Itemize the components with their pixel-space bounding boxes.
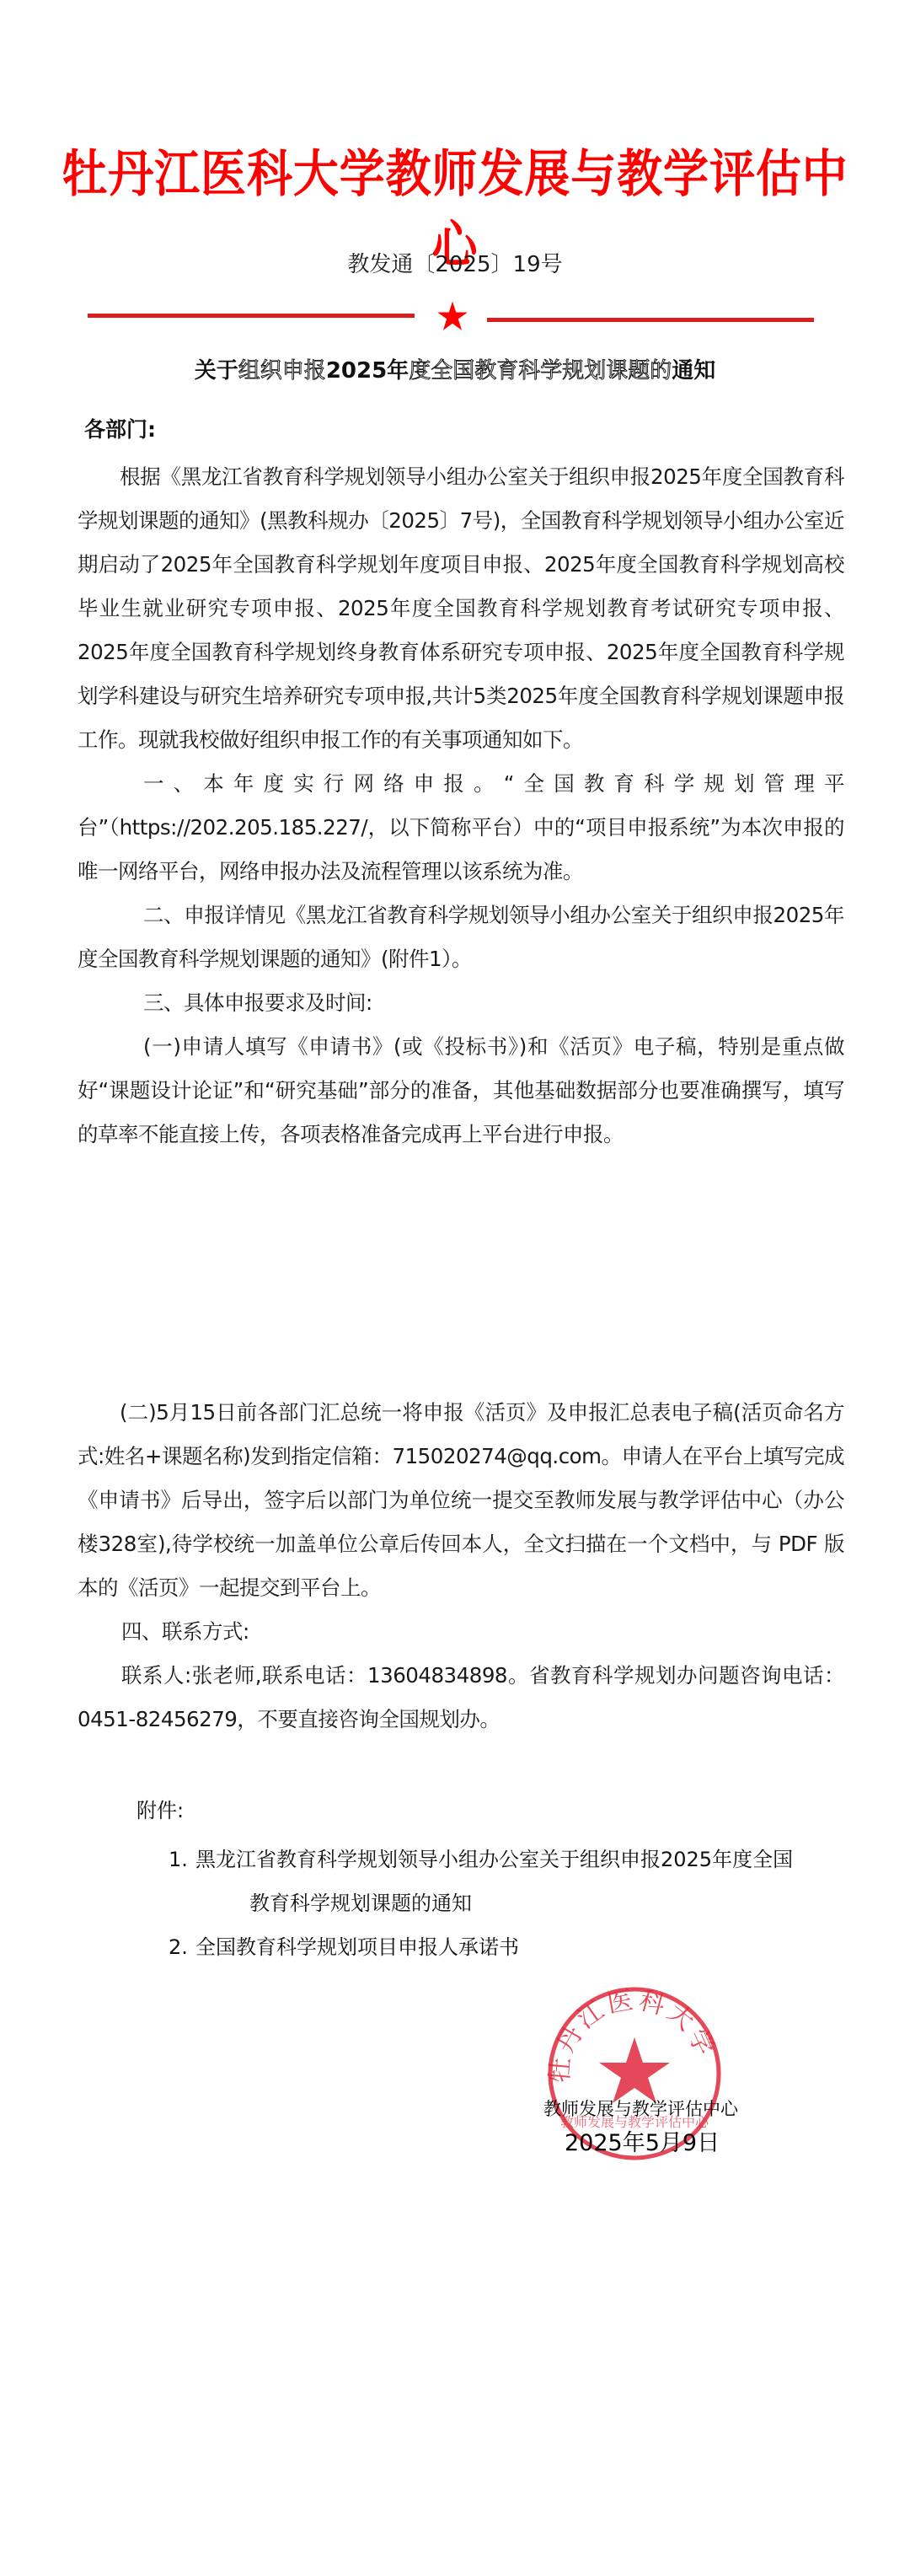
paragraph-section-4-heading: 四、联系方式: — [78, 1610, 844, 1654]
attachments-label: 附件: — [136, 1794, 184, 1827]
attachment-title-line-2: 教育科学规划课题的通知 — [195, 1881, 843, 1925]
attachments-list: 1. 黑龙江省教育科学规划领导小组办公室关于组织申报2025年度全国 教育科学规… — [169, 1838, 843, 1969]
attachment-title-line-1: 全国教育科学规划项目申报人承诺书 — [195, 1925, 843, 1969]
notice-title-year: 2025年 — [326, 358, 409, 384]
paragraph-section-2: 二、申报详情见《黑龙江省教育科学规划领导小组办公室关于组织申报2025年度全国教… — [78, 894, 844, 981]
red-divider-right — [487, 318, 814, 322]
paragraph-section-3-heading: 三、具体申报要求及时间: — [78, 981, 844, 1025]
notice-title: 关于组织申报2025年度全国教育科学规划课题的通知 — [0, 354, 910, 388]
red-star-icon — [436, 300, 468, 332]
paragraph-section-3-item-2: (二)5月15日前各部门汇总统一将申报《活页》及申报汇总表电子稿(活页命名方式:… — [78, 1391, 844, 1610]
red-divider-left — [88, 314, 415, 318]
attachment-number: 1. — [169, 1838, 188, 1881]
attachment-item: 2. 全国教育科学规划项目申报人承诺书 — [169, 1925, 843, 1969]
attachment-title-line-1: 黑龙江省教育科学规划领导小组办公室关于组织申报2025年度全国 — [195, 1838, 843, 1881]
notice-title-hollow-2: 度全国教育科学规划课题的 — [409, 358, 672, 384]
notice-title-hollow-1: 组织申报 — [238, 358, 326, 384]
attachment-number: 2. — [169, 1925, 188, 1969]
paragraph-section-3-item-1: (一)申请人填写《申请书》(或《投标书》)和《活页》电子稿，特别是重点做好“课题… — [78, 1025, 844, 1157]
document-number: 教发通〔2025〕19号 — [0, 248, 910, 282]
paragraph-section-1: 一、本年度实行网络申报。“全国教育科学规划管理平台”（https://202.2… — [78, 762, 844, 894]
paragraph-intro: 根据《黑龙江省教育科学规划领导小组办公室关于组织申报2025年度全国教育科学规划… — [78, 455, 844, 762]
signature-date: 2025年5月9日 — [565, 2128, 720, 2159]
attachment-item: 1. 黑龙江省教育科学规划领导小组办公室关于组织申报2025年度全国 教育科学规… — [169, 1838, 843, 1925]
notice-title-prefix: 关于 — [195, 358, 238, 384]
body-section-bottom: (二)5月15日前各部门汇总统一将申报《活页》及申报汇总表电子稿(活页命名方式:… — [78, 1391, 844, 1741]
paragraph-section-4-contact: 联系人:张老师,联系电话：13604834898。省教育科学规划办问题咨询电话：… — [78, 1654, 844, 1741]
salutation: 各部门: — [84, 413, 156, 447]
body-section-top: 根据《黑龙江省教育科学规划领导小组办公室关于组织申报2025年度全国教育科学规划… — [78, 455, 844, 1157]
notice-title-suffix: 通知 — [672, 358, 715, 384]
signature-org: 教师发展与教学评估中心 — [543, 2096, 738, 2122]
